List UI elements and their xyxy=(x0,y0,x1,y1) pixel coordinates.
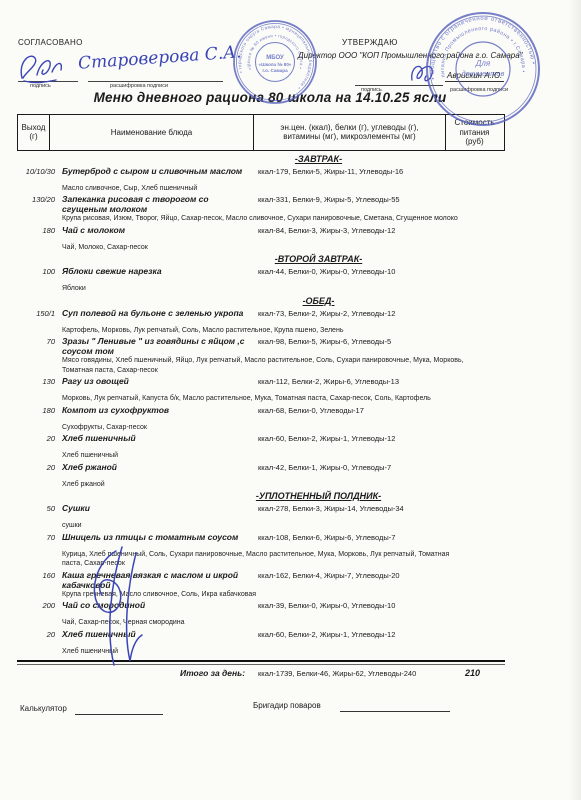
scanned-menu-document: СОГЛАСОВАНО подпись расшифровка подписи … xyxy=(0,0,581,800)
totals-values: ккал-1739, Белки-46, Жиры-62, Углеводы-2… xyxy=(258,669,416,678)
menu-row: 20Хлеб пшеничныйккал-60, Белки-2, Жиры-1… xyxy=(17,433,505,461)
calculator-signature-icon xyxy=(78,543,154,669)
agreed-name-line xyxy=(88,80,223,82)
portion-weight: 20 xyxy=(17,630,55,639)
ingredients: сушки xyxy=(62,521,464,531)
dish-name: Компот из сухофруктов xyxy=(62,405,252,415)
menu-row: 130Рагу из овощейккал-112, Белки-2, Жиры… xyxy=(17,376,505,404)
dish-name: Бутерброд с сыром и сливочным маслом xyxy=(62,166,252,176)
col-header-nutrition: эн.цен. (ккал), белки (г), углеводы (г),… xyxy=(254,115,446,150)
ingredients: Яблоки xyxy=(62,284,464,294)
section-title: -ЗАВТРАК- xyxy=(17,153,505,165)
nutrition-info: ккал-162, Белки-4, Жиры-7, Углеводы-20 xyxy=(258,571,500,580)
ingredients: Морковь, Лук репчатый, Капуста б/к, Масл… xyxy=(62,394,464,404)
portion-weight: 70 xyxy=(17,533,55,542)
ingredients: Хлеб пшеничный xyxy=(62,451,464,461)
dish-name: Зразы " Ленивые " из говядины с яйцом ,с… xyxy=(62,336,252,356)
menu-row: 180Компот из сухофруктовккал-68, Белки-0… xyxy=(17,405,505,433)
menu-row: 100Яблоки свежие нарезкаккал-44, Белки-0… xyxy=(17,266,505,294)
section-title: -ОБЕД- xyxy=(17,295,505,307)
portion-weight: 130/20 xyxy=(17,195,55,204)
ingredients: Хлеб ржаной xyxy=(62,480,464,490)
nutrition-info: ккал-108, Белки-6, Жиры-6, Углеводы-7 xyxy=(258,533,500,542)
nutrition-info: ккал-84, Белки-3, Жиры-3, Углеводы-12 xyxy=(258,226,500,235)
school-round-stamp-icon: • городского округа Самара • муниципальн… xyxy=(230,16,320,108)
portion-weight: 10/10/30 xyxy=(17,167,55,176)
totals-label: Итого за день: xyxy=(180,668,245,678)
portion-weight: 180 xyxy=(17,226,55,235)
dish-name: Рагу из овощей xyxy=(62,376,252,386)
ingredients: Чай, Молоко, Сахар-песок xyxy=(62,243,464,253)
dish-name: Сушки xyxy=(62,503,252,513)
nutrition-info: ккал-60, Белки-2, Жиры-1, Углеводы-12 xyxy=(258,630,500,639)
nutrition-info: ккал-98, Белки-5, Жиры-6, Углеводы-5 xyxy=(258,337,500,346)
dish-name: Суп полевой на бульоне с зеленью укропа xyxy=(62,308,252,318)
nutrition-info: ккал-278, Белки-3, Жиры-14, Углеводы-34 xyxy=(258,504,500,513)
brigadier-label: Бригадир поваров xyxy=(253,701,321,710)
section-title: -ВТОРОЙ ЗАВТРАК- xyxy=(17,253,505,265)
nutrition-info: ккал-73, Белки-2, Жиры-2, Углеводы-12 xyxy=(258,309,500,318)
menu-row: 20Хлеб ржанойккал-42, Белки-1, Жиры-0, У… xyxy=(17,462,505,490)
dish-name: Яблоки свежие нарезка xyxy=(62,266,252,276)
portion-weight: 200 xyxy=(17,601,55,610)
portion-weight: 70 xyxy=(17,337,55,346)
svg-text:документов: документов xyxy=(462,69,505,78)
menu-row: 150/1Суп полевой на бульоне с зеленью ук… xyxy=(17,308,505,336)
nutrition-info: ккал-44, Белки-0, Жиры-0, Углеводы-10 xyxy=(258,267,500,276)
scan-edge-shadow xyxy=(569,0,581,800)
portion-weight: 100 xyxy=(17,267,55,276)
ingredients: Картофель, Морковь, Лук репчатый, Соль, … xyxy=(62,326,464,336)
nutrition-info: ккал-42, Белки-1, Жиры-0, Углеводы-7 xyxy=(258,463,500,472)
menu-row: 10/10/30Бутерброд с сыром и сливочным ма… xyxy=(17,166,505,194)
portion-weight: 180 xyxy=(17,406,55,415)
portion-weight: 150/1 xyxy=(17,309,55,318)
portion-weight: 50 xyxy=(17,504,55,513)
menu-row: 50Сушкиккал-278, Белки-3, Жиры-14, Углев… xyxy=(17,503,505,531)
company-stamp-center: Для xyxy=(475,59,491,68)
dish-name: Запеканка рисовая с творогом со сгущеным… xyxy=(62,194,252,214)
menu-row: 180Чай с молокомккал-84, Белки-3, Жиры-3… xyxy=(17,225,505,253)
ingredients: Мясо говядины, Хлеб пшеничный, Яйцо, Лук… xyxy=(62,356,464,375)
dish-name: Хлеб ржаной xyxy=(62,462,252,472)
nutrition-info: ккал-179, Белки-5, Жиры-11, Углеводы-16 xyxy=(258,167,500,176)
dish-name: Чай с молоком xyxy=(62,225,252,235)
portion-weight: 130 xyxy=(17,377,55,386)
totals-cost: 210 xyxy=(465,668,480,678)
nutrition-info: ккал-331, Белки-9, Жиры-5, Углеводы-55 xyxy=(258,195,500,204)
school-stamp-center: МБОУ xyxy=(266,55,284,61)
nutrition-info: ккал-39, Белки-0, Жиры-0, Углеводы-10 xyxy=(258,601,500,610)
ingredients: Сухофрукты, Сахар-песок xyxy=(62,423,464,433)
col-header-output: Выход (г) xyxy=(18,115,50,150)
totals-row: Итого за день: ккал-1739, Белки-46, Жиры… xyxy=(17,668,505,682)
svg-text:г.о. Самара: г.о. Самара xyxy=(262,68,288,73)
nutrition-info: ккал-60, Белки-2, Жиры-1, Углеводы-12 xyxy=(258,434,500,443)
ingredients: Масло сливочное, Сыр, Хлеб пшеничный xyxy=(62,184,464,194)
company-round-stamp-icon: • Общество с ограниченной ответственност… xyxy=(420,8,546,130)
col-header-dish: Наименование блюда xyxy=(50,115,254,150)
brigadier-signature-line xyxy=(340,711,450,712)
agreed-name-caption: расшифровка подписи xyxy=(110,83,168,89)
handwritten-signature-icon xyxy=(16,48,78,88)
menu-row: 130/20Запеканка рисовая с творогом со сг… xyxy=(17,194,505,224)
svg-text:«Школа № 80»: «Школа № 80» xyxy=(259,62,292,67)
calculator-label: Калькулятор xyxy=(20,704,67,713)
section-title: -УПЛОТНЕННЫЙ ПОЛДНИК- xyxy=(17,490,505,502)
dish-name: Хлеб пшеничный xyxy=(62,433,252,443)
ingredients: Крупа рисовая, Изюм, Творог, Яйцо, Сахар… xyxy=(62,214,464,224)
nutrition-info: ккал-112, Белки-2, Жиры-6, Углеводы-13 xyxy=(258,377,500,386)
menu-row: 70Зразы " Ленивые " из говядины с яйцом … xyxy=(17,336,505,375)
portion-weight: 20 xyxy=(17,463,55,472)
portion-weight: 160 xyxy=(17,571,55,580)
calculator-signature-line xyxy=(75,714,163,715)
portion-weight: 20 xyxy=(17,434,55,443)
nutrition-info: ккал-68, Белки-0, Углеводы-17 xyxy=(258,406,500,415)
dish-name: Шницель из птицы с томатным соусом xyxy=(62,532,252,542)
footer-signatures: Калькулятор Бригадир поваров xyxy=(17,696,505,732)
